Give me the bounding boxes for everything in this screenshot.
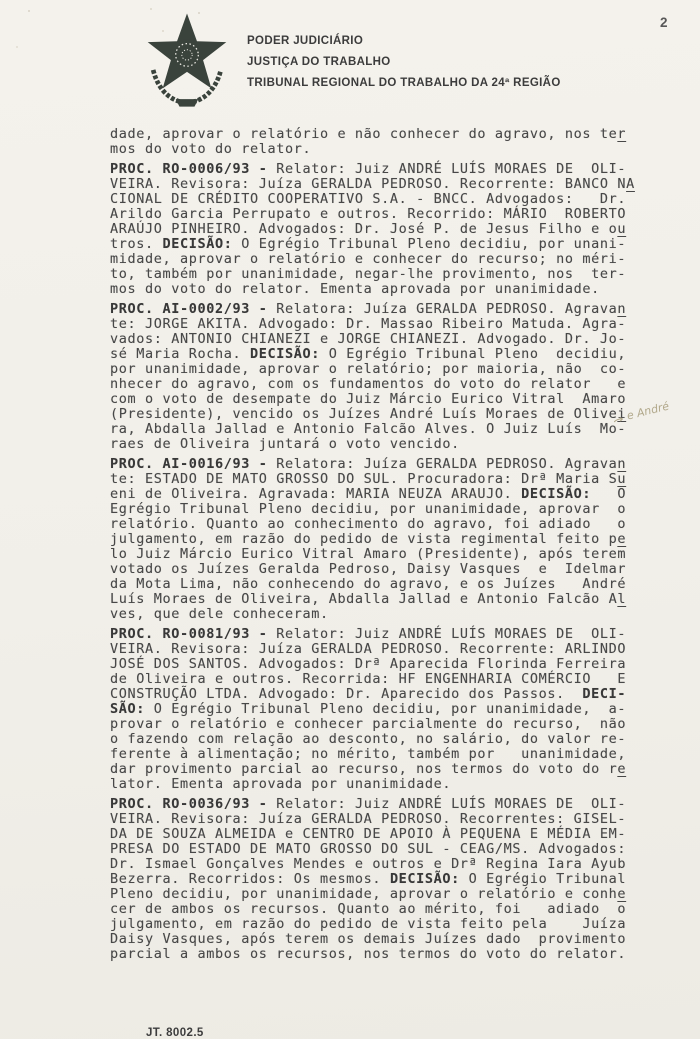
- text-line: Luís Moraes de Oliveira, Abdalla Jallad …: [110, 592, 650, 607]
- text-line: ARAÚJO PINHEIRO. Advogados: Dr. José P. …: [110, 222, 650, 237]
- org-line-justica-do-trabalho: JUSTIÇA DO TRABALHO: [247, 52, 561, 73]
- text-line: Pleno decidiu, por unanimidade, aprovar …: [110, 887, 650, 902]
- text-line: PROC. RO-0006/93 - Relator: Juiz ANDRÉ L…: [110, 162, 650, 177]
- text-line: JOSÉ DOS SANTOS. Advogados: Drª Aparecid…: [110, 657, 650, 672]
- text-segment: por unanimidade, aprovar o relatório; po…: [110, 361, 626, 377]
- text-line: Bezerra. Recorridos: Os mesmos. DECISÃO:…: [110, 872, 650, 887]
- text-segment: Arildo Garcia Perrupato e outros. Recorr…: [110, 206, 626, 222]
- underlined-segment: A: [626, 176, 635, 192]
- text-segment: ferente à alimentação; no mérito, também…: [110, 746, 626, 762]
- text-line: relatório. Quanto ao conhecimento do agr…: [110, 517, 650, 532]
- text-line: PROC. RO-0081/93 - Relator: Juiz ANDRÉ L…: [110, 627, 650, 642]
- text-segment: Bezerra. Recorridos: Os mesmos.: [110, 871, 390, 887]
- text-segment: Luís Moraes de Oliveira, Abdalla Jallad …: [110, 591, 617, 607]
- text-line: votado os Juízes Geralda Pedroso, Daisy …: [110, 562, 650, 577]
- text-line: provar o relatório e conhecer parcialmen…: [110, 717, 650, 732]
- text-segment: JOSÉ DOS SANTOS. Advogados: Drª Aparecid…: [110, 656, 626, 672]
- text-segment: Relator: Juiz ANDRÉ LUÍS MORAES DE OLI-: [276, 626, 626, 642]
- text-segment: eni de Oliveira. Agravada: MARIA NEUZA A…: [110, 486, 521, 502]
- text-line: lo Juiz Márcio Eurico Vitral Amaro (Pres…: [110, 547, 650, 562]
- text-segment: sé Maria Rocha.: [110, 346, 250, 362]
- text-segment: dar provimento parcial ao recurso, nos t…: [110, 761, 617, 777]
- paragraph: dade, aprovar o relatório e não conhecer…: [110, 127, 650, 157]
- text-line: com o voto de desempate do Juiz Márcio E…: [110, 392, 650, 407]
- text-segment: DA DE SOUZA ALMEIDA e CENTRO DE APOIO À …: [110, 826, 626, 842]
- text-segment: O Egrégio Tribunal Pleno decidiu, por un…: [232, 236, 626, 252]
- text-line: te: JORGE AKITA. Advogado: Dr. Massao Ri…: [110, 317, 650, 332]
- text-segment: Relatora: Juíza GERALDA PEDROSO. Agrava: [276, 301, 617, 317]
- paragraph: PROC. AI-0002/93 - Relatora: Juíza GERAL…: [110, 302, 650, 452]
- text-line: o fazendo com relação ao desconto, no sa…: [110, 732, 650, 747]
- text-segment: VEIRA. Revisora: Juíza GERALDA PEDROSO. …: [110, 641, 626, 657]
- text-segment: mos do voto do relator. Ementa aprovada …: [110, 281, 600, 297]
- text-segment: Relatora: Juíza GERALDA PEDROSO. Agrava: [276, 456, 617, 472]
- text-segment: VEIRA. Revisora: Juíza GERALDA PEDROSO. …: [110, 176, 626, 192]
- underlined-segment: n: [617, 456, 626, 472]
- letterhead-text: PODER JUDICIÁRIO JUSTIÇA DO TRABALHO TRI…: [247, 31, 561, 94]
- text-segment: dade, aprovar o relatório e não conhecer…: [110, 126, 617, 142]
- text-segment: relatório. Quanto ao conhecimento do agr…: [110, 516, 626, 532]
- text-segment: VEIRA. Revisora: Juíza GERALDA PEDROSO. …: [110, 811, 626, 827]
- typewritten-body: dade, aprovar o relatório e não conhecer…: [110, 127, 650, 967]
- text-line: eni de Oliveira. Agravada: MARIA NEUZA A…: [110, 487, 650, 502]
- text-segment: ves, que dele conheceram.: [110, 606, 329, 622]
- text-segment: nhecer do agravo, com os fundamentos do …: [110, 376, 626, 392]
- text-line: SÃO: O Egrégio Tribunal Pleno decidiu, p…: [110, 702, 650, 717]
- text-line: raes de Oliveira juntará o voto vencido.: [110, 437, 650, 452]
- bold-segment: SÃO:: [110, 701, 145, 717]
- org-line-tribunal-regional: TRIBUNAL REGIONAL DO TRABALHO DA 24ª REG…: [247, 73, 561, 94]
- scanned-document-page: 2 PODER JUDICIÁRIO JUSTIÇA DO TRABALHO T…: [0, 0, 700, 1039]
- text-line: PROC. AI-0016/93 - Relatora: Juíza GERAL…: [110, 457, 650, 472]
- text-line: ferente à alimentação; no mérito, também…: [110, 747, 650, 762]
- text-line: Daisy Vasques, após terem os demais Juíz…: [110, 932, 650, 947]
- text-segment: ARAÚJO PINHEIRO. Advogados: Dr. José P. …: [110, 221, 617, 237]
- text-segment: O Egrégio Tribunal Pleno decidiu,: [320, 346, 626, 362]
- text-line: VEIRA. Revisora: Juíza GERALDA PEDROSO. …: [110, 177, 650, 192]
- text-segment: julgamento, em razão do pedido de vista …: [110, 531, 617, 547]
- bold-segment: PROC. RO-0006/93 -: [110, 161, 276, 177]
- margin-note-arrow-icon: [613, 414, 627, 425]
- text-segment: com o voto de desempate do Juiz Márcio E…: [110, 391, 626, 407]
- text-segment: te: JORGE AKITA. Advogado: Dr. Massao Ri…: [110, 316, 626, 332]
- underlined-segment: u: [617, 471, 626, 487]
- text-segment: de Oliveira e outros. Recorrida: HF ENGE…: [110, 671, 626, 687]
- page-number: 2: [660, 15, 668, 30]
- bold-segment: PROC. RO-0081/93 -: [110, 626, 276, 642]
- bold-segment: PROC. RO-0036/93 -: [110, 796, 276, 812]
- underlined-segment: l: [617, 591, 626, 607]
- underlined-segment: r: [617, 126, 626, 142]
- text-line: dade, aprovar o relatório e não conhecer…: [110, 127, 650, 142]
- bold-segment: DECISÃO:: [390, 871, 460, 887]
- text-segment: O Egrégio Tribunal Pleno decidiu, por un…: [145, 701, 626, 717]
- text-line: Arildo Garcia Perrupato e outros. Recorr…: [110, 207, 650, 222]
- form-code: JT. 8002.5: [146, 1027, 204, 1039]
- org-line-poder-judiciario: PODER JUDICIÁRIO: [247, 31, 561, 52]
- text-segment: o fazendo com relação ao desconto, no sa…: [110, 731, 626, 747]
- text-line: parcial a ambos os recursos, nos termos …: [110, 947, 650, 962]
- text-line: VEIRA. Revisora: Juíza GERALDA PEDROSO. …: [110, 812, 650, 827]
- bold-segment: PROC. AI-0002/93 -: [110, 301, 276, 317]
- text-segment: votado os Juízes Geralda Pedroso, Daisy …: [110, 561, 626, 577]
- text-line: to, também por unanimidade, negar-lhe pr…: [110, 267, 650, 282]
- brazil-coat-of-arms-icon: [140, 13, 234, 110]
- text-segment: O: [591, 486, 626, 502]
- paragraph: PROC. RO-0081/93 - Relator: Juiz ANDRÉ L…: [110, 627, 650, 792]
- paragraph: PROC. RO-0036/93 - Relator: Juiz ANDRÉ L…: [110, 797, 650, 962]
- text-line: tros. DECISÃO: O Egrégio Tribunal Pleno …: [110, 237, 650, 252]
- text-segment: PRESA DO ESTADO DE MATO GROSSO DO SUL - …: [110, 841, 626, 857]
- text-line: julgamento, em razão do pedido de vista …: [110, 532, 650, 547]
- text-segment: cer de ambos os recursos. Quanto ao méri…: [110, 901, 626, 917]
- underlined-segment: e: [617, 531, 626, 547]
- underlined-segment: e: [617, 886, 626, 902]
- text-line: por unanimidade, aprovar o relatório; po…: [110, 362, 650, 377]
- text-line: de Oliveira e outros. Recorrida: HF ENGE…: [110, 672, 650, 687]
- text-segment: to, também por unanimidade, negar-lhe pr…: [110, 266, 626, 282]
- text-line: Dr. Ismael Gonçalves Mendes e outros e D…: [110, 857, 650, 872]
- text-line: mos do voto do relator.: [110, 142, 650, 157]
- text-segment: Relator: Juiz ANDRÉ LUÍS MORAES DE OLI-: [276, 161, 626, 177]
- text-segment: ra, Abdalla Jallad e Antonio Falcão Alve…: [110, 421, 626, 437]
- text-line: PROC. AI-0002/93 - Relatora: Juíza GERAL…: [110, 302, 650, 317]
- text-segment: tros.: [110, 236, 163, 252]
- text-segment: te: ESTADO DE MATO GROSSO DO SUL. Procur…: [110, 471, 617, 487]
- text-segment: CIONAL DE CRÉDITO COOPERATIVO S.A. - BNC…: [110, 191, 626, 207]
- bold-segment: DECISÃO:: [250, 346, 320, 362]
- text-segment: Dr. Ismael Gonçalves Mendes e outros e D…: [110, 856, 626, 872]
- paper-speckles: [28, 10, 30, 12]
- text-line: da Mota Lima, não conhecendo do agravo, …: [110, 577, 650, 592]
- text-line: (Presidente), vencido os Juízes André Lu…: [110, 407, 650, 422]
- bold-segment: DECI-: [582, 686, 626, 702]
- text-segment: (Presidente), vencido os Juízes André Lu…: [110, 406, 617, 422]
- text-line: sé Maria Rocha. DECISÃO: O Egrégio Tribu…: [110, 347, 650, 362]
- text-segment: Daisy Vasques, após terem os demais Juíz…: [110, 931, 626, 947]
- text-line: Egrégio Tribunal Pleno decidiu, por unan…: [110, 502, 650, 517]
- text-segment: vados: ANTONIO CHIANEZI e JORGE CHIANEZI…: [110, 331, 626, 347]
- text-segment: julgamento, em razão do pedido de vista …: [110, 916, 626, 932]
- text-line: VEIRA. Revisora: Juíza GERALDA PEDROSO. …: [110, 642, 650, 657]
- text-line: DA DE SOUZA ALMEIDA e CENTRO DE APOIO À …: [110, 827, 650, 842]
- paragraph: PROC. AI-0016/93 - Relatora: Juíza GERAL…: [110, 457, 650, 622]
- text-segment: mos do voto do relator.: [110, 141, 311, 157]
- text-line: midade, aprovar o relatório e conhecer d…: [110, 252, 650, 267]
- text-line: te: ESTADO DE MATO GROSSO DO SUL. Procur…: [110, 472, 650, 487]
- text-line: cer de ambos os recursos. Quanto ao méri…: [110, 902, 650, 917]
- text-segment: parcial a ambos os recursos, nos termos …: [110, 946, 626, 962]
- bold-segment: DECISÃO:: [163, 236, 233, 252]
- underlined-segment: u: [617, 221, 626, 237]
- underlined-segment: e: [617, 761, 626, 777]
- text-segment: provar o relatório e conhecer parcialmen…: [110, 716, 626, 732]
- text-segment: midade, aprovar o relatório e conhecer d…: [110, 251, 626, 267]
- text-line: vados: ANTONIO CHIANEZI e JORGE CHIANEZI…: [110, 332, 650, 347]
- text-line: mos do voto do relator. Ementa aprovada …: [110, 282, 650, 297]
- text-line: PRESA DO ESTADO DE MATO GROSSO DO SUL - …: [110, 842, 650, 857]
- text-segment: Pleno decidiu, por unanimidade, aprovar …: [110, 886, 617, 902]
- underlined-segment: n: [617, 301, 626, 317]
- text-segment: Relator: Juiz ANDRÉ LUÍS MORAES DE OLI-: [276, 796, 626, 812]
- text-line: nhecer do agravo, com os fundamentos do …: [110, 377, 650, 392]
- text-segment: Egrégio Tribunal Pleno decidiu, por unan…: [110, 501, 626, 517]
- text-line: julgamento, em razão do pedido de vista …: [110, 917, 650, 932]
- text-line: lator. Ementa aprovada por unanimidade.: [110, 777, 650, 792]
- text-segment: raes de Oliveira juntará o voto vencido.: [110, 436, 460, 452]
- text-line: PROC. RO-0036/93 - Relator: Juiz ANDRÉ L…: [110, 797, 650, 812]
- text-segment: da Mota Lima, não conhecendo do agravo, …: [110, 576, 626, 592]
- text-line: ra, Abdalla Jallad e Antonio Falcão Alve…: [110, 422, 650, 437]
- text-segment: O Egrégio Tribunal: [460, 871, 626, 887]
- text-segment: lator. Ementa aprovada por unanimidade.: [110, 776, 451, 792]
- paragraph: PROC. RO-0006/93 - Relator: Juiz ANDRÉ L…: [110, 162, 650, 297]
- text-line: CONSTRUÇÃO LTDA. Advogado: Dr. Aparecido…: [110, 687, 650, 702]
- text-segment: CONSTRUÇÃO LTDA. Advogado: Dr. Aparecido…: [110, 686, 582, 702]
- text-line: dar provimento parcial ao recurso, nos t…: [110, 762, 650, 777]
- text-line: CIONAL DE CRÉDITO COOPERATIVO S.A. - BNC…: [110, 192, 650, 207]
- bold-segment: DECISÃO:: [521, 486, 591, 502]
- text-line: ves, que dele conheceram.: [110, 607, 650, 622]
- text-segment: lo Juiz Márcio Eurico Vitral Amaro (Pres…: [110, 546, 626, 562]
- bold-segment: PROC. AI-0016/93 -: [110, 456, 276, 472]
